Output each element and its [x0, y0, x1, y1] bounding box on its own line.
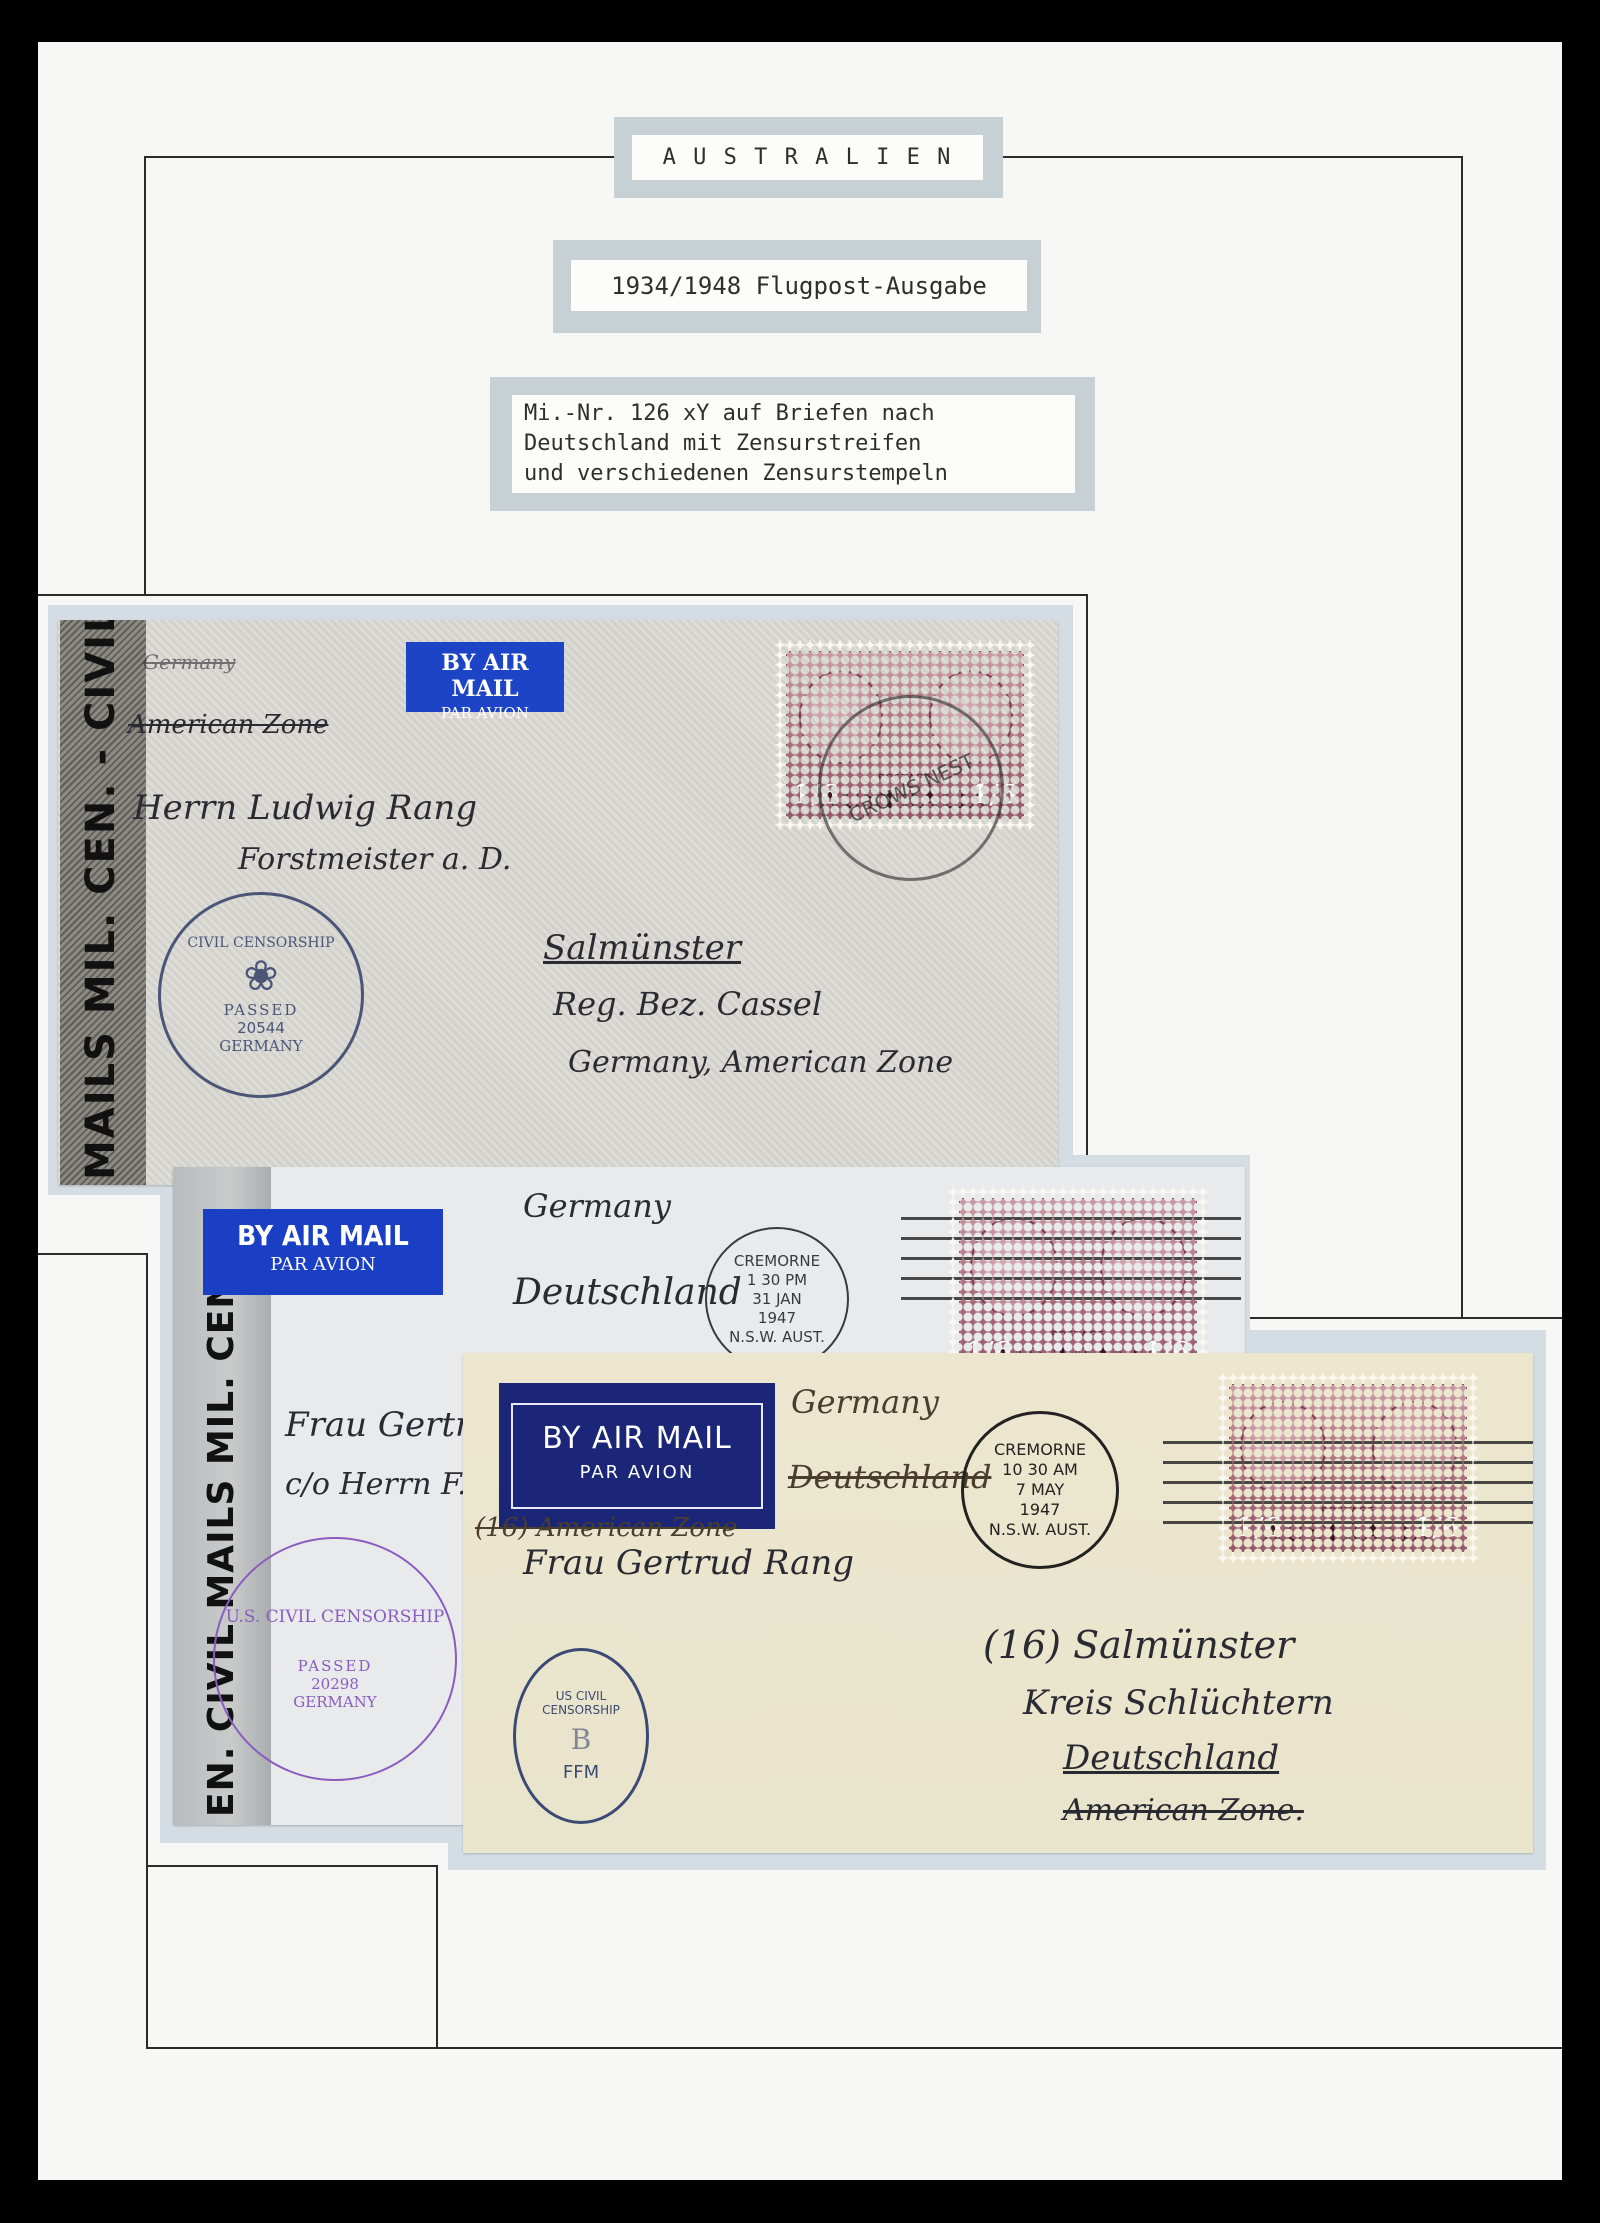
cover-1-censor-handstamp: CIVIL CENSORSHIP ❀ PASSED 20544 GERMANY [158, 892, 364, 1098]
cover-1-airmail-label: BY AIR MAIL PAR AVION [406, 642, 564, 712]
cover-2-postmark: CREMORNE 1 30 PM 31 JAN 1947 N.S.W. AUST… [705, 1227, 849, 1371]
cover-3-airmail-label: BY AIR MAIL PAR AVION [499, 1383, 775, 1529]
cover-1: MAILS MIL. CEN. - CIVIL BY AIR MAIL PAR … [58, 620, 1058, 1185]
globe-icon [970, 1217, 1058, 1317]
description-line-1: Mi.-Nr. 126 xY auf Briefen nach [524, 399, 935, 429]
cover-3-censor-handstamp: US CIVIL CENSORSHIP B FFM [513, 1648, 649, 1824]
frame-line-top-left [144, 156, 614, 158]
cover-1-address-1: Germany [143, 650, 235, 674]
cover-1-airmail-line2: PAR AVION [406, 704, 564, 722]
cover-1-address-7: Germany, American Zone [568, 1045, 953, 1080]
description-label: Mi.-Nr. 126 xY auf Briefen nach Deutschl… [512, 395, 1075, 493]
cover-2-censor-handstamp: U.S. CIVIL CENSORSHIP PASSED 20298 GERMA… [213, 1537, 457, 1781]
eagle-icon: ❀ [243, 951, 278, 1001]
description-label-mount: Mi.-Nr. 126 xY auf Briefen nach Deutschl… [490, 377, 1095, 511]
cover-3-airmail-line2: PAR AVION [513, 1462, 761, 1483]
cover-2-airmail-label: BY AIR MAIL PAR AVION [203, 1209, 443, 1295]
issue-label: 1934/1948 Flugpost-Ausgabe [571, 260, 1027, 311]
cover-3-address-3: (16) American Zone [475, 1513, 737, 1543]
country-label-text: A U S T R A L I E N [663, 145, 953, 170]
frame-line-top-right [1003, 156, 1463, 158]
cover-1-address-4: Forstmeister a. D. [238, 842, 511, 877]
frame-line-bottom [146, 2047, 1562, 2049]
cover-3-address-1: Germany [791, 1383, 939, 1421]
cover-1-airmail-line1: BY AIR MAIL [406, 650, 564, 702]
issue-label-mount: 1934/1948 Flugpost-Ausgabe [553, 240, 1041, 333]
frame-line-box-right [436, 1865, 438, 2048]
cover-1-address-2: American Zone [128, 710, 328, 740]
cover-3: BY AIR MAIL PAR AVION Germany Deutschlan… [463, 1353, 1533, 1853]
globe-icon [1100, 1217, 1188, 1317]
description-line-2: Deutschland mit Zensurstreifen [524, 429, 921, 459]
cover-3-address-6: Kreis Schlüchtern [1023, 1683, 1334, 1723]
frame-line-left-lower [146, 1253, 148, 2048]
cover-3-airmail-line1: BY AIR MAIL [513, 1421, 761, 1456]
cover-2-airmail-line2: PAR AVION [203, 1254, 443, 1275]
description-line-3: und verschiedenen Zensurstempeln [524, 459, 948, 489]
country-label-mount: A U S T R A L I E N [614, 117, 1003, 198]
frame-line-right [1461, 156, 1463, 1318]
globe-icon [1240, 1401, 1326, 1495]
frame-line-mid-h [38, 594, 1088, 596]
cover-1-address-3: Herrn Ludwig Rang [133, 788, 477, 828]
cover-3-address-5: (16) Salmünster [983, 1623, 1294, 1667]
cover-3-address-4: Frau Gertrud Rang [523, 1543, 854, 1583]
cover-1-address-5: Salmünster [543, 928, 741, 968]
globe-icon [1372, 1401, 1458, 1495]
cover-3-stamp: POSTAGE AUSTRALIA 1/6 1/6 [1218, 1373, 1478, 1563]
cover-1-censor-strip: MAILS MIL. CEN. - CIVIL [60, 620, 146, 1185]
cover-3-postmark: CREMORNE 10 30 AM 7 MAY 1947 N.S.W. AUST… [961, 1411, 1119, 1569]
cover-2-airmail-line1: BY AIR MAIL [203, 1219, 443, 1252]
country-label: A U S T R A L I E N [632, 135, 983, 180]
frame-line-left-h [38, 1253, 148, 1255]
frame-line-box-top [146, 1865, 438, 1867]
frame-line-left-upper [144, 156, 146, 596]
cover-2-address-4: c/o Herrn F. [285, 1467, 467, 1502]
cover-3-address-8: American Zone. [1063, 1793, 1304, 1828]
cover-1-address-6: Reg. Bez. Cassel [553, 985, 822, 1023]
cover-2-address-1: Germany [523, 1187, 671, 1225]
cover-1-censor-strip-text: MAILS MIL. CEN. - CIVIL [78, 620, 124, 1180]
cover-3-address-7: Deutschland [1063, 1738, 1279, 1778]
cover-1-postmark: CROWS NEST [818, 695, 1004, 881]
issue-label-text: 1934/1948 Flugpost-Ausgabe [611, 272, 987, 300]
